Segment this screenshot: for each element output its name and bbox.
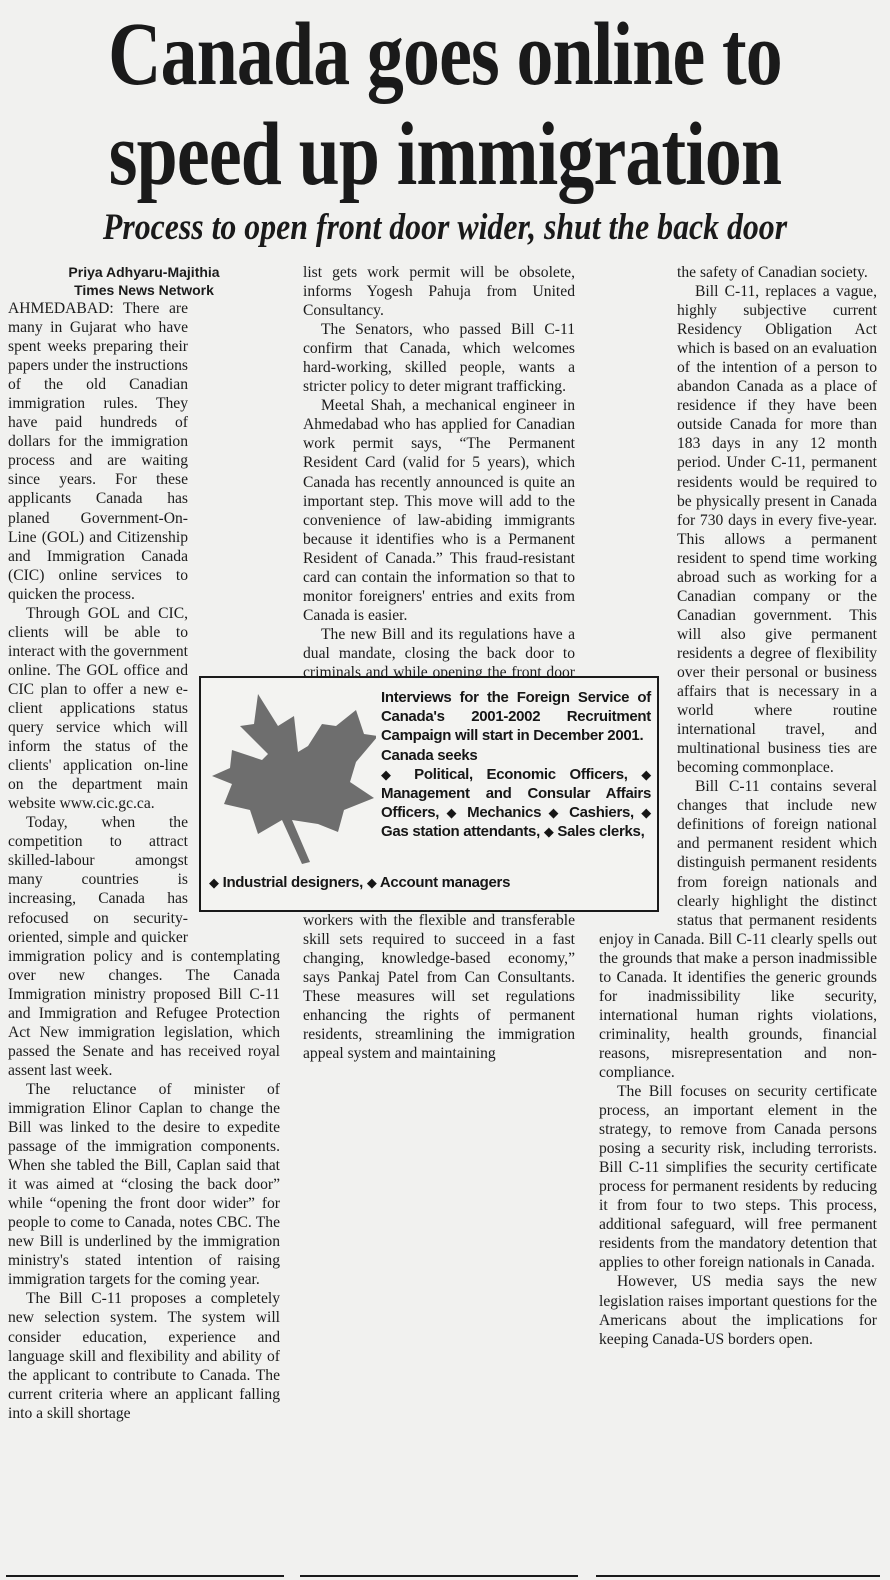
- recruitment-infobox: Interviews for the Foreign Service of Ca…: [199, 676, 659, 912]
- paragraph: The reluctance of minister of immigratio…: [8, 1080, 280, 1290]
- diamond-bullet-icon: ◆: [641, 805, 651, 820]
- diamond-bullet-icon: ◆: [209, 875, 219, 890]
- column-rule-left: [6, 1575, 284, 1577]
- diamond-bullet-icon: ◆: [641, 767, 651, 782]
- infobox-text: Interviews for the Foreign Service of Ca…: [381, 688, 651, 842]
- headline-line-1: Canada goes online to: [80, 8, 810, 102]
- diamond-bullet-icon: ◆: [549, 805, 562, 820]
- column-middle: list gets work permit will be obsolete, …: [303, 263, 575, 1063]
- paragraph: However, US media says the new legislati…: [599, 1272, 877, 1348]
- paragraph: The Bill focuses on security certificate…: [599, 1082, 877, 1272]
- paragraph: The Bill C-11 proposes a completely new …: [8, 1289, 280, 1422]
- infobox-item: Sales clerks,: [557, 823, 644, 840]
- headline-line-2: speed up immigration: [80, 108, 810, 202]
- infobox-item: Mechanics: [467, 804, 541, 821]
- headline: Canada goes online to speed up immigrati…: [80, 0, 810, 202]
- column-rule-middle: [300, 1575, 578, 1577]
- infobox-list-tail: ◆ Industrial designers, ◆ Account manage…: [209, 873, 649, 892]
- paragraph: AHMEDABAD: There are many in Gujarat who…: [8, 299, 280, 604]
- infobox-intro: Interviews for the Foreign Service of Ca…: [381, 688, 651, 746]
- diamond-bullet-icon: ◆: [367, 875, 377, 890]
- paragraph: list gets work permit will be obsolete, …: [303, 263, 575, 320]
- infobox-seeks-label: Canada seeks: [381, 746, 651, 765]
- paragraph: The Senators, who passed Bill C-11 confi…: [303, 320, 575, 396]
- infobox-list: ◆ Political, Economic Officers, ◆ Manage…: [381, 765, 651, 842]
- infobox-item: Gas station attendants,: [381, 823, 540, 840]
- byline-outlet: Times News Network: [8, 281, 280, 299]
- paragraph: the safety of Canadian society.: [599, 263, 877, 282]
- paragraph-text: Meetal Shah, a mechanical engineer in Ah…: [303, 397, 575, 624]
- infobox-item: Industrial designers,: [223, 874, 363, 891]
- infobox-item: Account managers: [380, 874, 510, 891]
- paragraph: Meetal Shah, a mechanical engineer in Ah…: [303, 396, 575, 625]
- diamond-bullet-icon: ◆: [381, 767, 401, 782]
- maple-leaf-icon: [206, 684, 376, 864]
- diamond-bullet-icon: ◆: [447, 805, 460, 820]
- subheadline: Process to open front door wider, shut t…: [62, 206, 827, 250]
- diamond-bullet-icon: ◆: [544, 824, 554, 839]
- byline-author: Priya Adhyaru-Majithia: [8, 263, 280, 281]
- infobox-item: Cashiers,: [569, 804, 634, 821]
- infobox-item: Political, Economic Officers,: [414, 766, 627, 783]
- column-rule-right: [596, 1575, 880, 1577]
